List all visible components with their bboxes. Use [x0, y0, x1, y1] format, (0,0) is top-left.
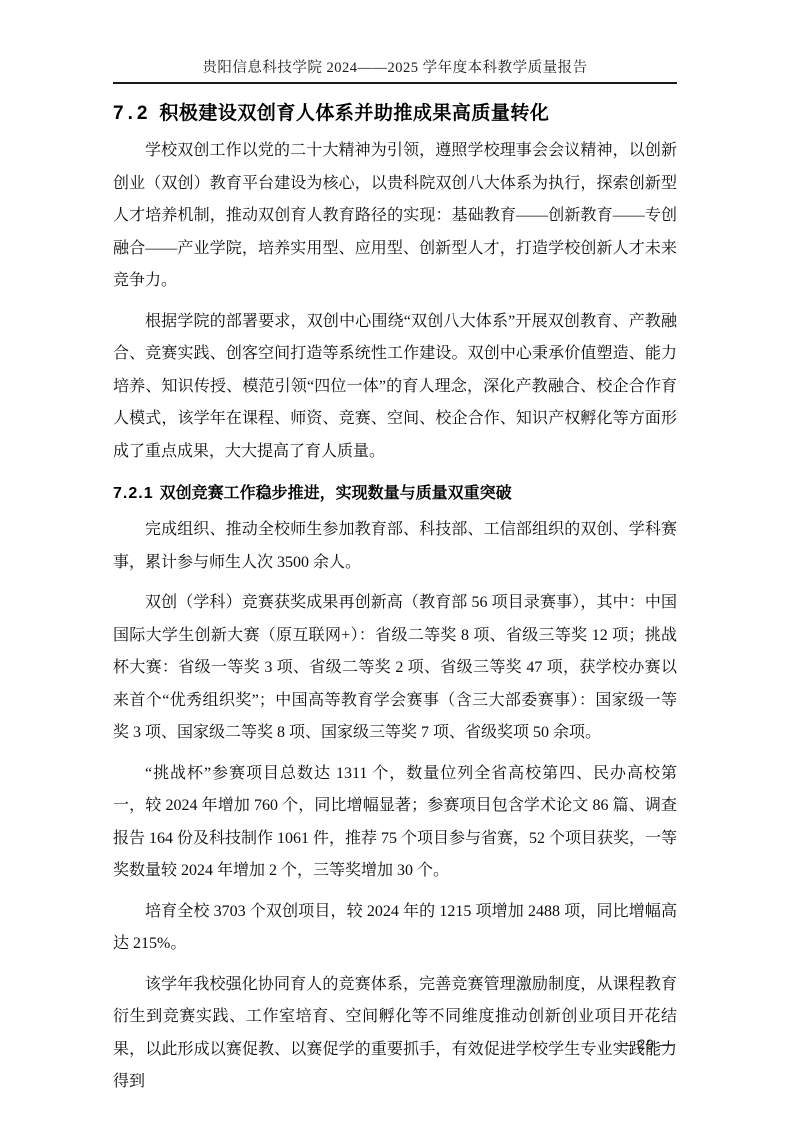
- subsection-number: 7.2.1: [113, 485, 154, 502]
- section-number: 7.2: [113, 103, 151, 124]
- section-title-text: 积极建设双创育人体系并助推成果高质量转化: [159, 103, 549, 124]
- document-page: 贵阳信息科技学院 2024——2025 学年度本科教学质量报告 7.2积极建设双…: [0, 0, 793, 1122]
- header-rule: [113, 82, 677, 84]
- subsection-title-text: 双创竞赛工作稳步推进，实现数量与质量双重突破: [160, 485, 512, 502]
- paragraph-detail-5: 该学年我校强化协同育人的竞赛体系，完善竞赛管理激励制度，从课程教育衍生到竞赛实践…: [113, 969, 677, 1099]
- page-number: — 29 —: [618, 1037, 674, 1052]
- paragraph-detail-4: 培育全校 3703 个双创项目，较 2024 年的 1215 项增加 2488 …: [113, 896, 677, 961]
- paragraph-intro-1: 学校双创工作以党的二十大精神为引领，遵照学校理事会会议精神，以创新创业（双创）教…: [113, 135, 677, 298]
- subsection-heading: 7.2.1双创竞赛工作稳步推进，实现数量与质量双重突破: [113, 482, 677, 506]
- paragraph-detail-3: “挑战杯”参赛项目总数达 1311 个，数量位列全省高校第四、民办高校第一，较 …: [113, 758, 677, 888]
- paragraph-intro-2: 根据学院的部署要求，双创中心围绕“双创八大体系”开展双创教育、产教融合、竞赛实践…: [113, 306, 677, 469]
- running-head: 贵阳信息科技学院 2024——2025 学年度本科教学质量报告: [113, 57, 677, 79]
- section-heading: 7.2积极建设双创育人体系并助推成果高质量转化: [113, 101, 677, 127]
- paragraph-detail-1: 完成组织、推动全校师生参加教育部、科技部、工信部组织的双创、学科赛事，累计参与师…: [113, 514, 677, 579]
- paragraph-detail-2: 双创（学科）竞赛获奖成果再创新高（教育部 56 项目录赛事），其中：中国国际大学…: [113, 587, 677, 750]
